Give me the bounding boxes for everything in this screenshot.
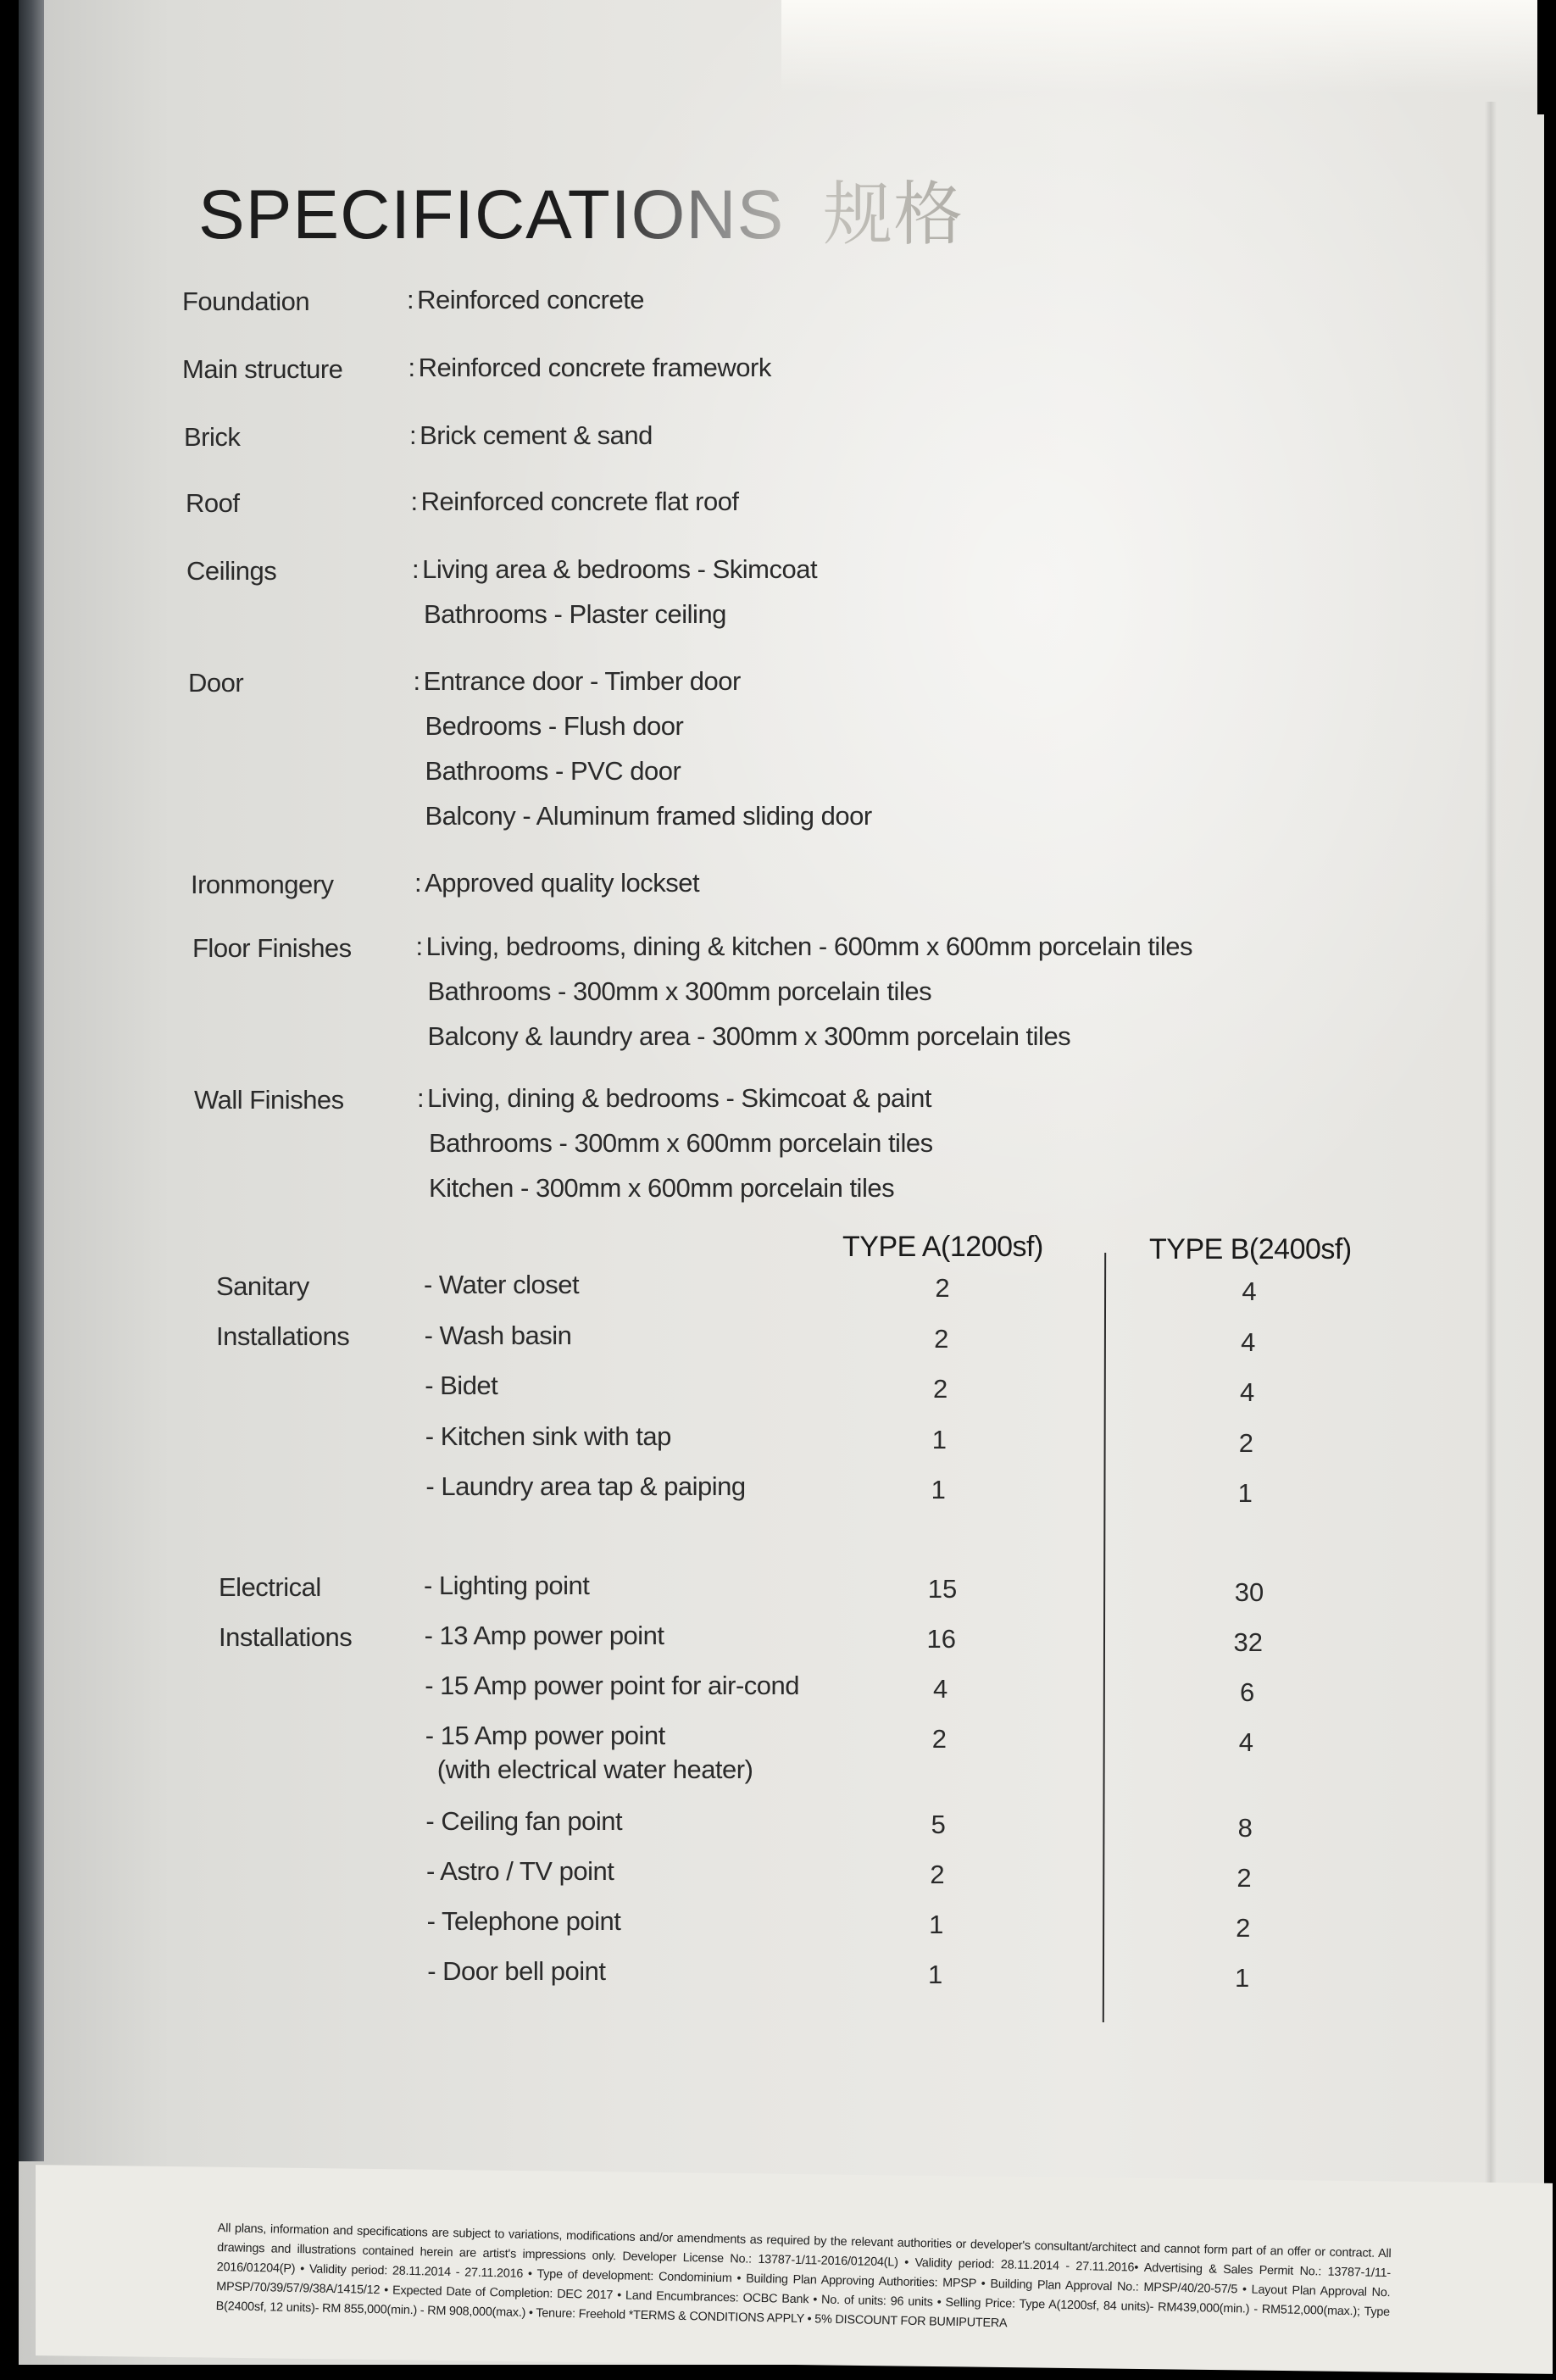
spec-values: :Reinforced concrete (407, 277, 644, 322)
spec-value: Bedrooms - Flush door (414, 703, 872, 748)
page-fold (1485, 102, 1497, 2348)
spec-value-text: Balcony & laundry area - 300mm x 300mm p… (428, 1021, 1071, 1051)
installation-item: - 13 Amp power point (425, 1619, 664, 1653)
colon-separator: : (408, 353, 415, 382)
column-header-type-a: TYPE A(1200sf) (842, 1231, 1043, 1264)
installation-item-name: - Ceiling fan point (425, 1804, 622, 1838)
installation-item-name: - 15 Amp power point for air-cond (425, 1669, 799, 1703)
spec-value-text: Balcony - Aluminum framed sliding door (425, 801, 872, 831)
spec-value: :Living, bedrooms, dining & kitchen - 60… (416, 924, 1192, 969)
installation-item: - 15 Amp power point(with electrical wat… (425, 1719, 753, 1787)
colon-separator: : (416, 931, 423, 961)
spec-label: Roof (186, 488, 239, 519)
installation-item: - Bidet (425, 1369, 497, 1403)
colon-separator: : (411, 487, 418, 516)
spec-value-text: Living area & bedrooms - Skimcoat (422, 554, 817, 584)
qty-type-b: 2 (1220, 1428, 1271, 1459)
spec-value-text: Kitchen - 300mm x 600mm porcelain tiles (429, 1173, 894, 1203)
spec-values: :Approved quality lockset (414, 860, 699, 905)
installation-item-name: - Telephone point (427, 1905, 621, 1938)
binding-spine (19, 0, 44, 2161)
installation-item: - Telephone point (427, 1905, 621, 1938)
qty-type-a: 4 (915, 1674, 966, 1704)
installation-item-name: - 13 Amp power point (425, 1619, 664, 1653)
installation-item: - Wash basin (425, 1319, 572, 1353)
spec-value: Bathrooms - Plaster ceiling (412, 592, 817, 637)
qty-type-a: 2 (914, 1724, 964, 1754)
qty-type-a: 2 (916, 1324, 967, 1354)
colon-separator: : (417, 1083, 424, 1113)
installation-item-name: - Astro / TV point (426, 1855, 614, 1888)
title-chinese: 规格 (823, 176, 964, 253)
spec-value-text: Bathrooms - 300mm x 600mm porcelain tile… (429, 1128, 933, 1158)
light-glare (781, 0, 1556, 93)
spec-value: :Reinforced concrete flat roof (411, 479, 739, 524)
qty-type-b: 4 (1224, 1276, 1275, 1307)
spec-value: :Approved quality lockset (414, 860, 699, 905)
spec-values: :Brick cement & sand (409, 413, 653, 458)
installation-item-name: - Kitchen sink with tap (425, 1420, 671, 1454)
spec-value-text: Bathrooms - Plaster ceiling (424, 599, 726, 629)
spec-value-text: Bathrooms - PVC door (425, 756, 681, 786)
colon-separator: : (414, 666, 420, 696)
installation-item-name: - Wash basin (425, 1319, 572, 1353)
spec-value: Bathrooms - 300mm x 600mm porcelain tile… (417, 1120, 933, 1165)
qty-type-b: 2 (1219, 1863, 1270, 1893)
spec-value-text: Bedrooms - Flush door (425, 711, 684, 741)
installation-item-name: - Bidet (425, 1369, 497, 1403)
spec-value-text: Reinforced concrete (417, 285, 644, 314)
spec-value: Balcony - Aluminum framed sliding door (414, 793, 872, 838)
colon-separator: : (409, 420, 416, 450)
qty-type-b: 6 (1222, 1677, 1273, 1708)
spec-label: Floor Finishes (192, 933, 352, 964)
colon-separator: : (412, 554, 419, 584)
spec-value-text: Reinforced concrete flat roof (421, 487, 739, 516)
scan-edge (1537, 0, 1556, 114)
qty-type-b: 2 (1218, 1913, 1269, 1943)
brochure-page: SPECIFICATIONS 规格 Foundation:Reinforced … (19, 0, 1544, 2365)
spec-value: Bathrooms - 300mm x 300mm porcelain tile… (416, 969, 1192, 1014)
qty-type-a: 15 (917, 1574, 968, 1604)
spec-value: :Living, dining & bedrooms - Skimcoat & … (417, 1076, 933, 1120)
qty-type-b: 4 (1223, 1327, 1274, 1358)
spec-label: Door (188, 668, 243, 698)
qty-type-a: 2 (917, 1273, 968, 1304)
installation-item-name: - Laundry area tap & paiping (425, 1470, 745, 1504)
column-header-type-b: TYPE B(2400sf) (1149, 1233, 1352, 1266)
spec-values: :Living, dining & bedrooms - Skimcoat & … (417, 1076, 933, 1210)
qty-type-a: 1 (910, 1960, 961, 1990)
spec-value-text: Living, bedrooms, dining & kitchen - 600… (426, 931, 1192, 961)
installation-item-name: - Lighting point (424, 1569, 589, 1603)
spec-label: Foundation (182, 286, 309, 317)
spec-value: :Reinforced concrete framework (408, 345, 771, 390)
installation-item: - Lighting point (424, 1569, 589, 1603)
title-english: SPECIFICATIONS (198, 176, 784, 253)
qty-type-b: 4 (1222, 1377, 1273, 1408)
installation-item-name: - 15 Amp power point (425, 1719, 753, 1753)
spec-value-text: Approved quality lockset (425, 868, 699, 898)
spec-value: :Living area & bedrooms - Skimcoat (412, 547, 817, 592)
spec-value: :Reinforced concrete (407, 277, 644, 322)
colon-separator: : (407, 285, 414, 314)
qty-type-a: 16 (916, 1624, 967, 1654)
qty-type-b: 4 (1220, 1727, 1271, 1758)
spec-value-text: Entrance door - Timber door (424, 666, 741, 696)
qty-type-a: 2 (912, 1860, 963, 1890)
spec-label: Main structure (182, 354, 342, 385)
installation-item-note: (with electrical water heater) (425, 1753, 753, 1787)
qty-type-a: 2 (915, 1374, 966, 1404)
group-label: Electrical (219, 1572, 321, 1603)
qty-type-b: 1 (1217, 1963, 1268, 1994)
spec-value-text: Living, dining & bedrooms - Skimcoat & p… (427, 1083, 931, 1113)
group-label: Installations (219, 1622, 352, 1653)
spec-value: Kitchen - 300mm x 600mm porcelain tiles (417, 1165, 933, 1210)
spec-values: :Living, bedrooms, dining & kitchen - 60… (416, 924, 1192, 1059)
installation-item: - Ceiling fan point (425, 1804, 622, 1838)
qty-type-b: 30 (1224, 1577, 1275, 1608)
installation-item-name: - Door bell point (427, 1955, 605, 1988)
spec-value: Bathrooms - PVC door (414, 748, 872, 793)
spec-label: Ceilings (186, 556, 276, 587)
installation-item-name: - Water closet (424, 1268, 579, 1302)
column-divider (1103, 1253, 1106, 2022)
spec-value-text: Brick cement & sand (420, 420, 653, 450)
group-label: Installations (216, 1321, 349, 1352)
spec-value: :Entrance door - Timber door (414, 659, 872, 703)
spec-value-text: Bathrooms - 300mm x 300mm porcelain tile… (428, 976, 932, 1006)
installation-item: - Door bell point (427, 1955, 605, 1988)
installation-item: - Kitchen sink with tap (425, 1420, 671, 1454)
qty-type-a: 5 (913, 1810, 964, 1840)
spec-label: Brick (184, 422, 240, 453)
installation-item: - Laundry area tap & paiping (425, 1470, 745, 1504)
spec-label: Ironmongery (191, 870, 334, 900)
page-title: SPECIFICATIONS 规格 (198, 159, 964, 259)
qty-type-b: 8 (1220, 1813, 1270, 1843)
qty-type-a: 1 (911, 1910, 962, 1940)
qty-type-b: 32 (1223, 1627, 1274, 1658)
installation-item: - Astro / TV point (426, 1855, 614, 1888)
qty-type-b: 1 (1220, 1478, 1270, 1509)
qty-type-a: 1 (914, 1425, 964, 1455)
spec-value-text: Reinforced concrete framework (419, 353, 771, 382)
spec-values: :Living area & bedrooms - SkimcoatBathro… (412, 547, 817, 637)
group-label: Sanitary (216, 1271, 309, 1302)
installation-item: - Water closet (424, 1268, 579, 1302)
qty-type-a: 1 (913, 1475, 964, 1505)
spec-values: :Reinforced concrete framework (408, 345, 771, 390)
spec-values: :Reinforced concrete flat roof (411, 479, 739, 524)
colon-separator: : (414, 868, 421, 898)
spec-value: Balcony & laundry area - 300mm x 300mm p… (416, 1014, 1192, 1059)
installation-item: - 15 Amp power point for air-cond (425, 1669, 799, 1703)
spec-value: :Brick cement & sand (409, 413, 653, 458)
spec-label: Wall Finishes (194, 1085, 344, 1115)
spec-values: :Entrance door - Timber doorBedrooms - F… (414, 659, 872, 838)
